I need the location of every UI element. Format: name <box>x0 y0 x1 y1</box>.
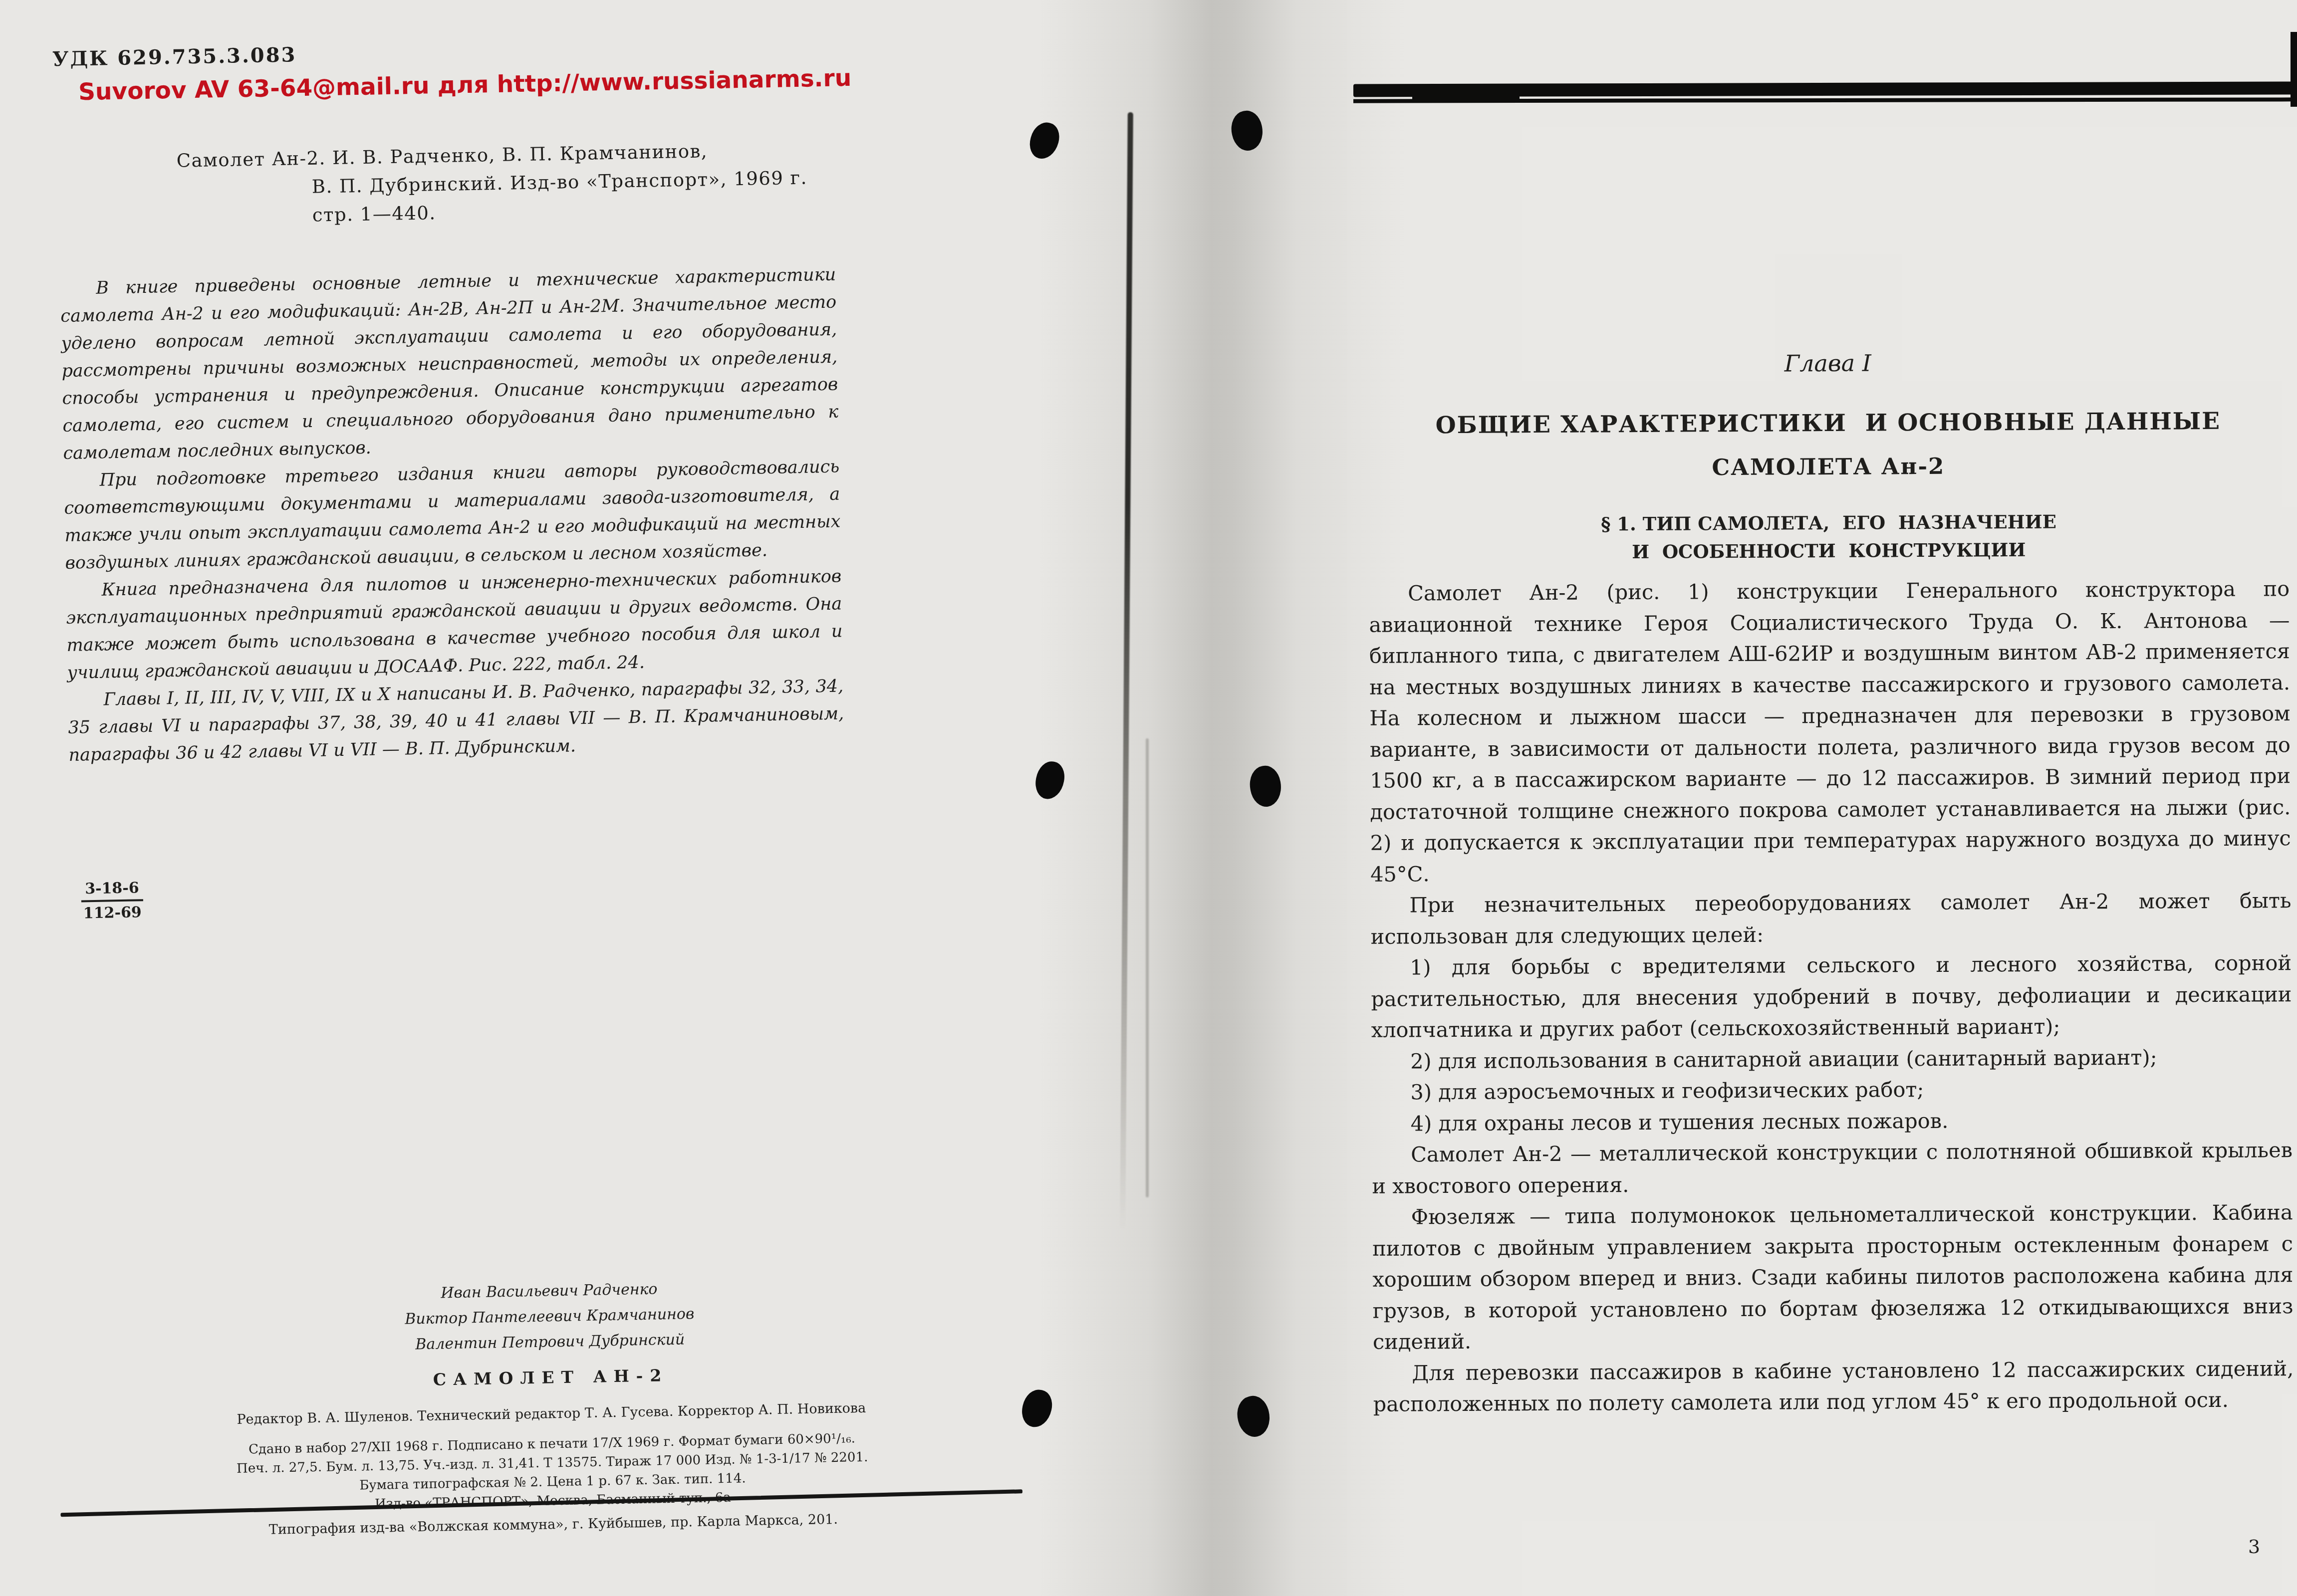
body-paragraph: Самолет Ан-2 — металлической конструкции… <box>1372 1135 2293 1202</box>
annotation-paragraph: В книге приведены основные летные и техн… <box>60 261 839 467</box>
body-paragraph: Для перевозки пассажиров в кабине устано… <box>1373 1353 2294 1420</box>
section-title-continued: И ОСОБЕННОСТИ КОНСТРУКЦИИ <box>1370 537 2288 564</box>
colophon: Иван Васильевич Радченко Виктор Пантелее… <box>77 1270 1024 1519</box>
book-title: САМОЛЕТ АН-2 <box>79 1359 1022 1396</box>
chapter-title: ОБЩИЕ ХАРАКТЕРИСТИКИ И ОСНОВНЫЕ ДАННЫЕ <box>1369 407 2287 440</box>
annotation-paragraph: При подготовке третьего издания книги ав… <box>63 454 841 577</box>
body-paragraph: Фюзеляж — типа полумонокок цельнометалли… <box>1372 1197 2294 1358</box>
annotation-block: В книге приведены основные летные и техн… <box>60 261 845 769</box>
binding-crease-lower <box>1146 738 1149 1197</box>
code-denominator: 112-69 <box>81 901 144 922</box>
body-list-item: 3) для аэросъемочных и геофизических раб… <box>1371 1072 2292 1108</box>
page-number: 3 <box>2248 1536 2260 1558</box>
imprint-block: Сдано в набор 27/XII 1968 г. Подписано к… <box>80 1426 1024 1519</box>
body-text: Самолет Ан-2 (рис. 1) конструкции Генера… <box>1369 573 2294 1420</box>
left-page: УДК 629.735.3.083 Suvorov AV 63-64@mail.… <box>0 0 1081 1596</box>
body-paragraph: При незначительных переоборудованиях сам… <box>1370 885 2292 952</box>
udk-code: УДК 629.735.3.083 <box>52 43 297 71</box>
body-list-item: 4) для охраны лесов и тушения лесных пож… <box>1372 1104 2293 1140</box>
classification-code: 3-18-6 112-69 <box>81 879 144 922</box>
annotation-paragraph: Книга предназначена для пилотов и инжене… <box>65 563 843 686</box>
book-scan-spread: УДК 629.735.3.083 Suvorov AV 63-64@mail.… <box>0 0 2297 1596</box>
bibliographic-reference: Самолет Ан-2. И. В. Радченко, В. П. Крам… <box>176 132 976 231</box>
section-title: § 1. ТИП САМОЛЕТА, ЕГО НАЗНАЧЕНИЕ <box>1369 509 2288 536</box>
annotation-paragraph: Главы I, II, III, IV, V, VIII, IX и X на… <box>67 673 845 769</box>
body-list-item: 2) для использования в санитарной авиаци… <box>1371 1041 2292 1077</box>
chapter-title-subject: САМОЛЕТА Ан-2 <box>1369 451 2288 482</box>
code-numerator: 3-18-6 <box>81 879 143 902</box>
watermark-text: Suvorov AV 63-64@mail.ru для http://www.… <box>78 64 852 106</box>
right-page: Глава I ОБЩИЕ ХАРАКТЕРИСТИКИ И ОСНОВНЫЕ … <box>1347 0 2297 1596</box>
body-list-item: 1) для борьбы с вредителями сельского и … <box>1371 947 2292 1046</box>
body-paragraph: Самолет Ан-2 (рис. 1) конструкции Генера… <box>1369 573 2291 890</box>
editors-line: Редактор В. А. Шуленов. Технический реда… <box>80 1397 1023 1430</box>
chapter-label: Глава I <box>1369 347 2287 379</box>
